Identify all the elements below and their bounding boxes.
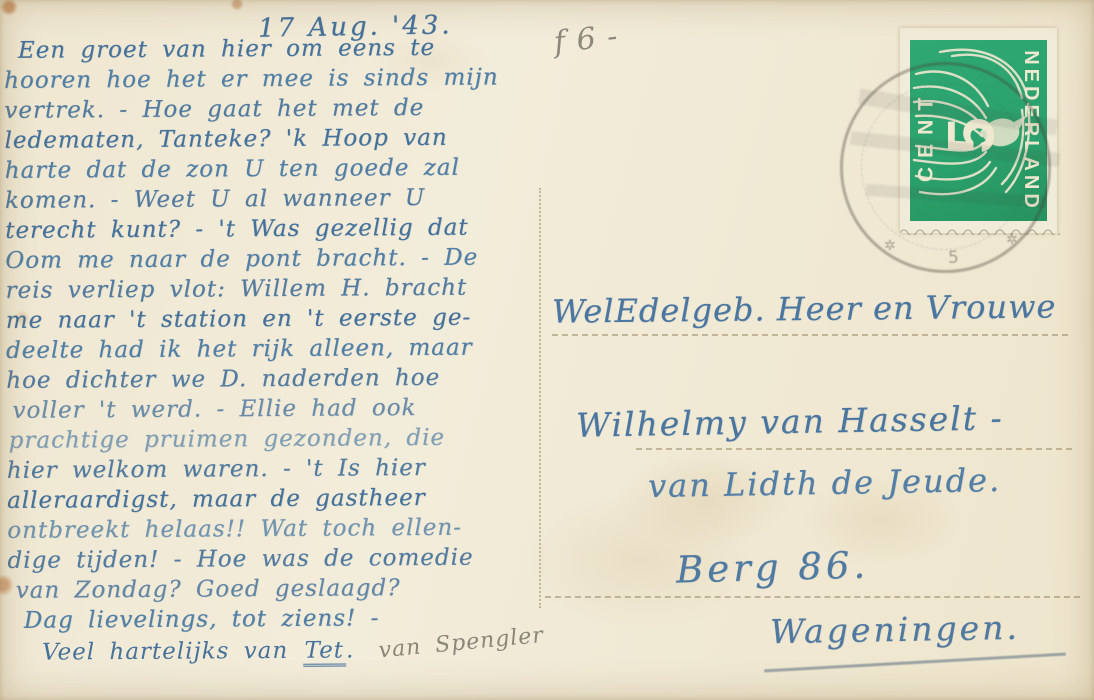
message-line: dige tijden! - Hoe was de comedie [7,542,541,576]
message-block: Een groet van hier om eens te hooren hoe… [4,32,542,670]
message-line: terecht kunt? - 't Was gezellig dat [5,212,539,246]
address-rule [636,448,1072,450]
message-line: ontbreekt helaas!! Wat toch ellen- [7,512,541,546]
signature-name: Tet [303,637,347,666]
city-underline-stroke [764,653,1066,673]
center-divider-line [539,188,541,608]
postmark-star: ✲ [884,238,896,254]
message-line: komen. - Weet U al wanneer U [5,182,539,216]
message-line: harte dat de zon U ten goede zal [5,152,539,186]
signature-dot: . [346,637,354,663]
message-line: hoe dichter we D. naderden hoe [6,362,540,396]
postmark-star: ✲ [1006,232,1018,248]
address-name: Wilhelmy van Hasselt - [576,398,1004,444]
message-line: Een groet van hier om eens te [18,32,538,66]
address-salutation: WelEdelgeb. Heer en Vrouwe [552,287,1057,330]
message-line: alleraardigst, maar de gastheer [7,482,541,516]
message-line: reis verliep vlot: Willem H. bracht [5,272,539,306]
message-line: me naar 't station en 't eerste ge- [6,302,540,336]
message-line: vertrek. - Hoe gaat het met de [4,92,538,126]
signature-line: Veel hartelijks van Tet. van Spengler [42,632,542,669]
message-line: deelte had ik het rijk alleen, maar [6,332,540,366]
postmark-number: 5 [948,248,959,268]
message-line: ledematen, Tanteke? 'k Hoop van [4,122,538,156]
address-rule [545,596,1080,598]
message-line: prachtige pruimen gezonden, die [9,422,541,456]
message-line: Oom me naar de pont bracht. - De [5,242,539,276]
signature-prefix: Veel hartelijks van [42,638,288,666]
address-name-2: van Lidth de Jeude. [648,461,1002,505]
message-line: hooren hoe het er mee is sinds mijn [4,62,538,96]
message-line: van Zondag? Goed geslaagd? [16,572,542,606]
postcard: 17 Aug. '43. f 6 - Een groet van hier om… [0,0,1094,700]
address-street: Berg 86. [675,543,869,591]
pencil-price-mark: f 6 - [552,19,620,61]
message-line: hier welkom waren. - 't Is hier [7,452,541,486]
address-city: Wageningen. [770,608,1020,651]
message-line: voller 't werd. - Ellie had ook [12,392,540,426]
address-rule [552,334,1068,336]
